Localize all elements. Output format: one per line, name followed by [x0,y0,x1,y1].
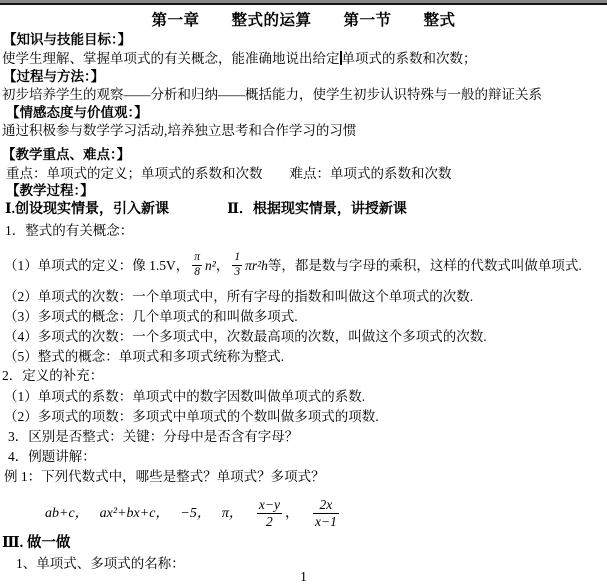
fraction-1-over-3: 13 [232,251,242,278]
expression-pi: π， [222,505,243,522]
supplement-1-coefficient: （1）单项式的系数：单项式中的数字因数叫做单项式的系数. [4,388,365,405]
definition-1-monomial: （1）单项式的定义：像 1.5V， π8 n² ， 13 πr²h 等，都是数与… [4,246,582,284]
definition-4-degree-of-polynomial: （4）多项式的次数：一个多项式中，次数最高项的次数，叫做这个多项式的次数. [4,328,487,345]
fraction-denominator: 2 [257,513,282,530]
emotion-values-body: 通过积极参与数学学习活动,培养独立思考和合作学习的习惯 [2,122,356,139]
document-page[interactable]: 第一章 整式的运算 第一节 整式 【知识与技能目标：】 使学生理解、掌握单项式的… [0,0,607,584]
expression-quadratic: ax²+bx+c， [100,505,170,522]
def1-variable-pir2h: πr²h [245,257,268,274]
def1-suffix-text: 等，都是数与字母的乘积，这样的代数式叫做单项式. [268,257,582,274]
step-2-label: Ⅱ．根据现实情景，讲授新课 [227,202,407,217]
process-method-body: 初步培养学生的观察——分析和归纳——概括能力，使学生初步认识特殊与一般的辩证关系 [2,86,542,103]
step-1-label: Ⅰ.创设现实情景，引入新课 [5,202,169,217]
section-3-do-it-title: Ⅲ. 做一做 [2,535,70,552]
doc-title: 第一章 整式的运算 第一节 整式 [0,12,607,29]
fraction-numerator: 2x [313,497,339,513]
knowledge-goals-body: 使学生理解、掌握单项式的有关概念，能准确地说出给定单项式的系数和次数； [2,50,477,67]
goals-text-after-caret: 单项式的系数和次数； [342,51,477,66]
teaching-steps-line: Ⅰ.创设现实情景，引入新课Ⅱ．根据现实情景，讲授新课 [5,201,407,218]
page-top-rule [0,3,607,5]
fraction-pi-over-8: π8 [192,251,202,278]
expression-minus-5: −5， [180,505,210,522]
fraction-denominator: 3 [232,265,242,279]
section-header-teaching-process: 【教学过程：】 [6,182,94,199]
definition-5-integral-expression: （5）整式的概念：单项式和多项式统称为整式. [4,348,284,365]
section-header-process-method: 【过程与方法：】 [3,68,104,85]
item-4-examples: 4．例题讲解： [8,448,96,465]
fraction-numerator: x−y [257,497,282,513]
fraction-numerator: π [192,251,202,264]
def1-prefix-text: （1）单项式的定义：像 1.5V， [4,257,189,274]
page-number: 1 [0,568,607,584]
concepts-title: 1．整式的有关概念： [5,222,133,239]
fraction-denominator: 8 [192,265,202,279]
section-header-knowledge-goals: 【知识与技能目标：】 [3,31,131,48]
section-header-emotion-values: 【情感态度与价值观：】 [6,104,148,121]
fraction-2x-over-x-minus-1: 2xx−1 [313,497,339,529]
key-difficult-points-body: 重点：单项式的定义；单项式的系数和次数 难点：单项式的系数和次数 [6,165,452,182]
definition-3-polynomial-concept: （3）多项式的概念：几个单项式的和叫做多项式. [4,308,298,325]
example-1-expressions: ab+c， ax²+bx+c， −5， π， x−y2 ， 2xx−1 [45,492,342,534]
example-1-title: 例 1：下列代数式中，哪些是整式？单项式？多项式？ [4,468,325,485]
def1-comma: ， [216,257,230,274]
expression-ab-plus-c: ab+c， [45,505,89,522]
fraction-numerator: 1 [232,251,242,264]
section-header-key-difficult-points: 【教学重点、难点：】 [2,146,130,163]
supplement-title: 2．定义的补充： [2,367,103,384]
fraction-denominator: x−1 [313,513,339,530]
supplement-2-number-of-terms: （2）多项式的项数：多项式中单项式的个数叫做多项式的项数. [4,408,379,425]
fraction-x-minus-y-over-2: x−y2 [257,497,282,529]
def1-variable-n2: n² [205,257,216,274]
definition-2-degree-of-monomial: （2）单项式的次数：一个单项式中，所有字母的指数和叫做这个单项式的次数. [4,288,473,305]
goals-text-before-caret: 使学生理解、掌握单项式的有关概念，能准确地说出给定 [2,51,340,66]
expression-separator-comma: ， [285,505,299,522]
item-3-distinguish: 3．区别是否整式：关键：分母中是否含有字母？ [8,428,298,445]
